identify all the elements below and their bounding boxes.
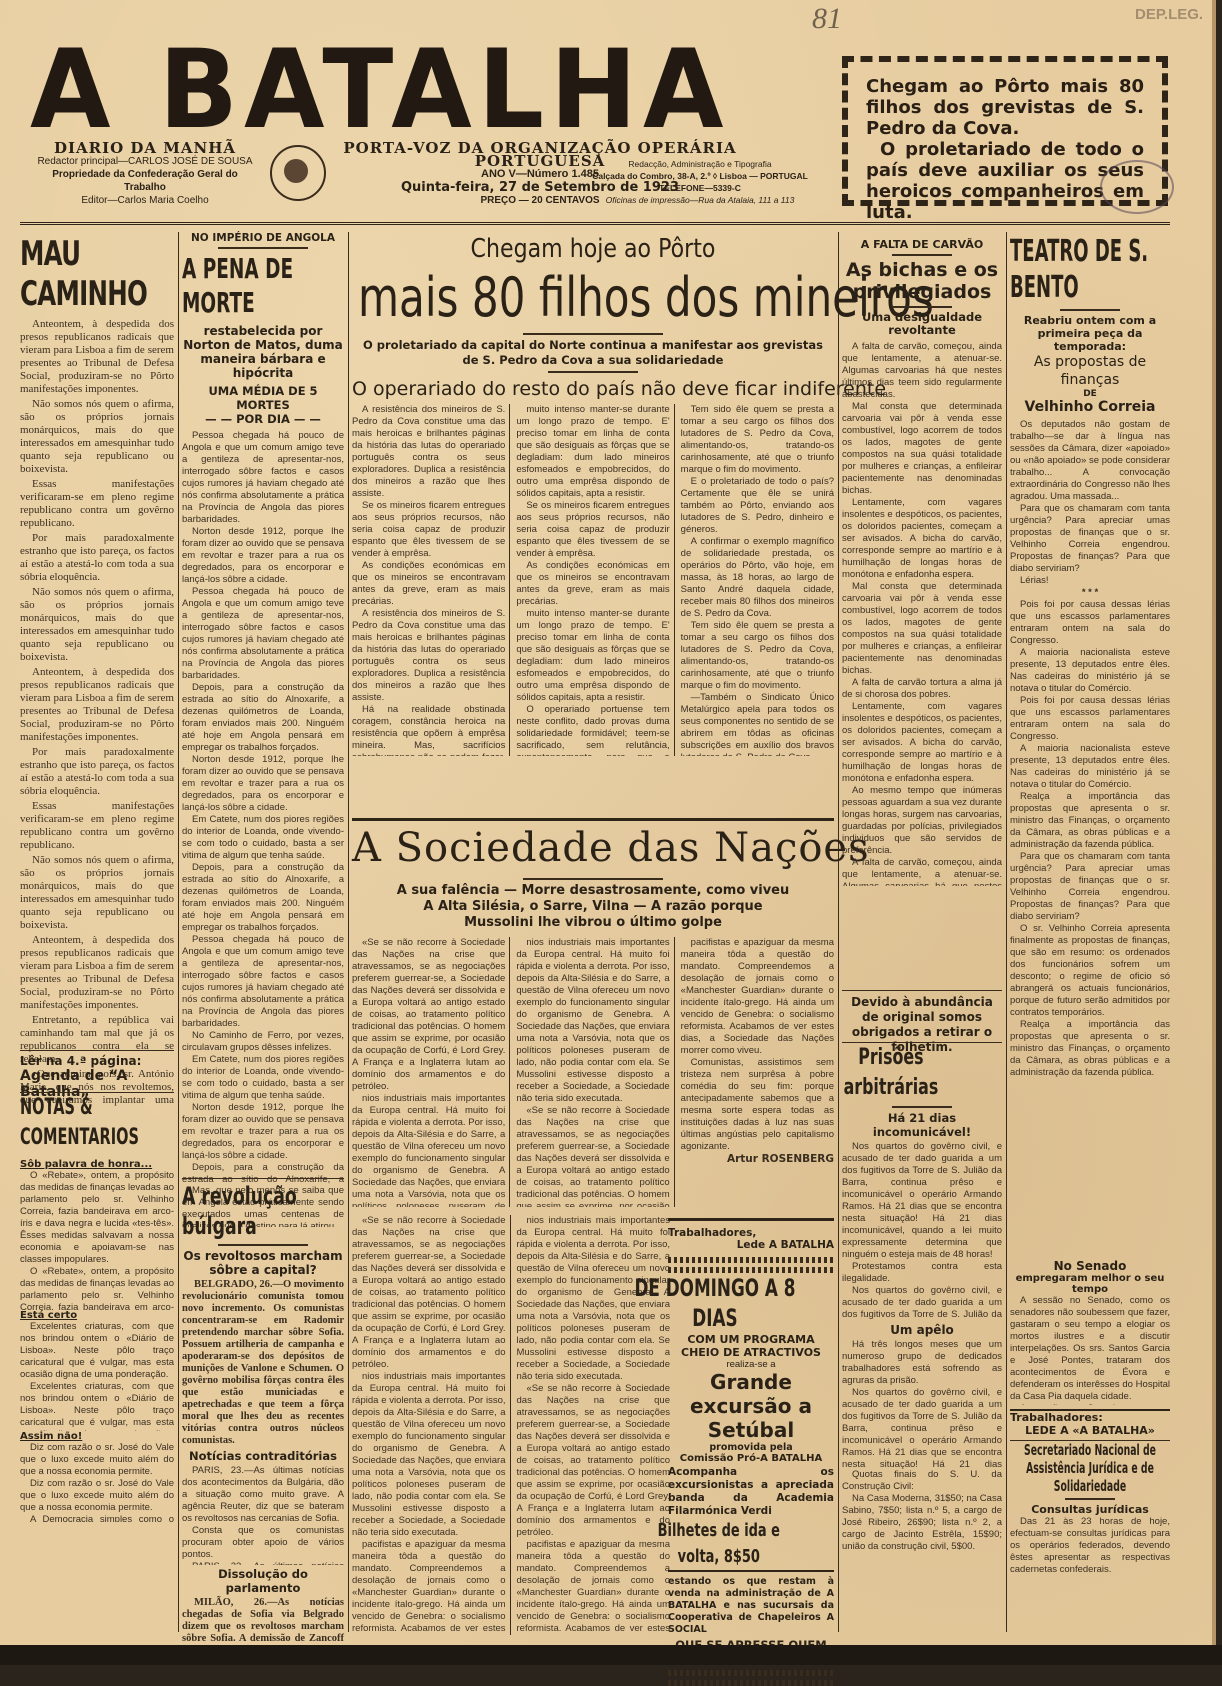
article-body: A falta de carvão, começou, ainda que le…: [842, 341, 1002, 886]
subhead: Um apêlo: [842, 1323, 1002, 1337]
article-title: NOTAS & COMENTARIOS: [20, 1093, 178, 1153]
editor-line: Editor—Carlos Maria Coelho: [30, 194, 260, 207]
ad-promoter: promovida pela: [668, 1442, 834, 1453]
paragraph: Lentamente, com vagares insolentes e des…: [842, 497, 1002, 581]
continued-columns: «Se se não recorre à Sociedade das Naçõe…: [352, 1215, 670, 1635]
column: «Se se não recorre à Sociedade das Naçõe…: [352, 937, 510, 1207]
office-line: Redacção, Administração e Tipografia: [580, 158, 820, 170]
masthead-rule: [20, 222, 1170, 225]
divider: [218, 247, 308, 249]
article-body: A sessão no Senado, como os senadores nã…: [1010, 1295, 1170, 1405]
paragraph: Nos quartos do govêrno civil, e acusado …: [842, 1387, 1002, 1469]
paragraph: Norton desde 1912, porque lhe foram dize…: [182, 526, 344, 586]
lead-column-3: Tem sido êle quem se presta a tomar a se…: [681, 404, 834, 756]
paragraph: Nos quartos do govêrno civil, e acusado …: [842, 1141, 1002, 1261]
paragraph: Pessoa chegada há pouco de Angola e que …: [182, 430, 344, 526]
article-body: BELGRADO, 26.—O movimento revolucionário…: [182, 1279, 344, 1447]
editor-in-chief: Redactor principal—CARLOS JOSÉ DE SOUSA: [30, 155, 260, 168]
paragraph: O «Rebate», ontem, a propósito das medid…: [20, 1266, 174, 1310]
paragraph: Por mais paradoxalmente estranho que ist…: [20, 746, 174, 798]
property-line: Propriedade da Confederação Geral do Tra…: [30, 168, 260, 194]
paragraph: Lérias!: [1010, 575, 1170, 587]
author: Artur ROSENBERG: [681, 1153, 834, 1165]
paragraph: Anteontem, à despedida dos presos republ…: [20, 318, 174, 396]
handwritten-number: 81: [812, 2, 842, 36]
paragraph: Tem sido êle quem se presta a tomar a se…: [681, 404, 834, 476]
paragraph: Mal consta que determinada carvoaria vai…: [842, 401, 1002, 497]
article-prisoes: Prisões arbitrárias Há 21 dias incomunic…: [842, 1042, 1002, 1579]
paragraph: E o proletariado de todo o país? Certame…: [681, 476, 834, 536]
article-body: Pessoa chegada há pouco de Angola e que …: [182, 430, 344, 1185]
paragraph: A falta de carvão, começou, ainda que le…: [842, 857, 1002, 886]
paragraph: —Também o Sindicato Único Metalúrgico ap…: [681, 692, 834, 756]
paragraph: Se os mineiros ficarem entregues aos seu…: [352, 500, 505, 560]
subtitle: As propostas de finanças: [1010, 353, 1170, 389]
article-notas: NOTAS & COMENTARIOS Sôb palavra de honra…: [20, 1092, 174, 1522]
paragraph: Depois, para a construção da estrada ao …: [182, 682, 344, 754]
subhead: Sôb palavra de honra...: [20, 1159, 174, 1170]
paragraph: Há três longos meses que um numeroso gru…: [842, 1339, 1002, 1387]
paragraph: Quotas finais do S. U. da Construção Civ…: [842, 1469, 1002, 1493]
paragraph: nios industriais mais importantes da Eur…: [516, 937, 669, 1105]
article-title: A PENA DE MORTE: [182, 252, 344, 320]
paragraph: A resistência dos mineiros de S. Pedro d…: [352, 404, 505, 500]
paragraph: Realça a importância das propostas que a…: [1010, 791, 1170, 851]
divider: [182, 1178, 344, 1179]
column: nios industriais mais importantes da Eur…: [516, 937, 674, 1207]
paragraph: muito intenso manter-se durante um longo…: [516, 608, 669, 704]
paragraph: A maioria nacionalista esteve presente, …: [1010, 647, 1170, 695]
paragraph: A sessão no Senado, como os senadores nã…: [1010, 1295, 1170, 1403]
paragraph: No Caminho de Ferro, por vezes, circulav…: [182, 1030, 344, 1054]
paragraph: PARIS, 23.—As últimas notícias dos acont…: [182, 1465, 344, 1525]
paragraph: Para que os chamaram com tanta urgência?…: [1010, 503, 1170, 575]
ad-line: realiza-se a: [668, 1359, 834, 1370]
subhead: empregaram melhor o seu tempo: [1010, 1273, 1170, 1295]
paragraph: A sessão no Senado, como os senadores nã…: [1010, 1403, 1170, 1405]
ad-headline: DE DOMINGO A 8 DIAS: [632, 1273, 798, 1333]
paragraph: A Democracia simples como o que ceu não …: [20, 1514, 174, 1522]
paragraph: O sr. Velhinho Correia apresenta finalme…: [1010, 923, 1170, 1019]
paragraph: «Se se não recorre à Sociedade das Naçõe…: [517, 1383, 671, 1539]
kicker: A FALTA DE CARVÃO: [842, 238, 1002, 251]
paragraph: Tem sido êle quem se presta a tomar a se…: [681, 620, 834, 692]
paragraph: O operariado portuense tem neste conflit…: [516, 704, 669, 756]
deck: A sua falência — Morre desastrosamente, …: [352, 883, 834, 899]
paragraph: A maioria nacionalista esteve presente, …: [1010, 743, 1170, 791]
paragraph: Em Catete, num dos piores regiões do int…: [182, 814, 344, 862]
paragraph: nios industriais mais importantes da Eur…: [352, 1371, 506, 1539]
deck: A Alta Silésia, o Sarre, Vilna — A razão…: [352, 899, 834, 931]
sociedade-columns: «Se se não recorre à Sociedade das Naçõe…: [352, 937, 834, 1207]
paragraph: Das 21 às 23 horas de hoje, efectuam-se …: [1010, 1516, 1170, 1576]
masthead-right: Redacção, Administração e Tipografia Cal…: [580, 158, 820, 206]
lead-deck: O proletariado da capital do Norte conti…: [352, 338, 834, 368]
subhead: Está certo: [20, 1310, 174, 1321]
lead-kicker: Chegam hoje ao Pôrto: [388, 232, 798, 266]
paragraph: Lentamente, com vagares insolentes e des…: [842, 701, 1002, 785]
paragraph: Há na realidade obstinada coragem, const…: [352, 704, 505, 756]
asterisks: * * *: [1010, 587, 1170, 599]
divider: [668, 1570, 834, 1572]
sociedade-continued: «Se se não recorre à Sociedade das Naçõe…: [352, 1215, 670, 1635]
article-body: Há três longos meses que um numeroso gru…: [842, 1339, 1002, 1469]
divider: [1065, 1498, 1115, 1500]
paragraph: Pois foi por causa dessas lérias que uns…: [1010, 599, 1170, 647]
article-title: TEATRO DE S. BENTO: [1010, 234, 1171, 306]
deck: — — POR DIA — —: [182, 412, 344, 426]
subtitle-de: DE: [1010, 389, 1170, 399]
notice-p1: Chegam ao Pôrto mais 80 filhos dos grevi…: [866, 76, 1144, 139]
column-divider: [838, 232, 839, 1632]
paragraph: A falta de carvão tortura a alma já de s…: [842, 677, 1002, 701]
paragraph: BELGRADO, 26.—O movimento revolucionário…: [182, 1279, 344, 1447]
column-divider: [178, 232, 179, 1632]
subhead: Notícias contraditórias: [182, 1449, 344, 1463]
paragraph: Ao mesmo tempo que inúmeras pessoas agua…: [842, 785, 1002, 857]
article-title: As bichas e os privilegiados: [842, 259, 1002, 303]
ad-promoter: Comissão Pró-A BATALHA: [668, 1453, 834, 1464]
subtitle: Os revoltosos marcham sôbre a capital?: [182, 1249, 344, 1277]
article-title: Prisões arbitrárias: [811, 1043, 971, 1103]
paragraph: PARIS, 23.—As últimas notícias dos acont…: [182, 1561, 344, 1565]
article-body: Nos quartos do govêrno civil, e acusado …: [842, 1141, 1002, 1321]
confederation-seal-icon: [270, 145, 326, 201]
paragraph: «Se se não recorre à Sociedade das Naçõe…: [352, 937, 505, 1093]
paragraph: Em Catete, num dos piores regiões do int…: [182, 1054, 344, 1102]
paragraph: Não somos nós quem o afirma, são os próp…: [20, 398, 174, 476]
paragraph: Depois, para a construção da estrada ao …: [182, 862, 344, 934]
column-divider: [348, 232, 349, 1632]
paragraph: Excelentes criaturas, com que nos brindo…: [20, 1321, 174, 1381]
divider: [668, 1218, 834, 1221]
newspaper-title: A BATALHA: [30, 46, 790, 132]
divider: [892, 306, 952, 308]
paragraph: Pois foi por causa dessas lérias que uns…: [1010, 695, 1170, 743]
article-body: Excelentes criaturas, com que nos brindo…: [20, 1321, 174, 1431]
article-body: PARIS, 23.—As últimas notícias dos acont…: [182, 1465, 344, 1565]
phone-line: TELEFONE—5339-C: [580, 182, 820, 194]
divider: [20, 1050, 174, 1051]
agenda-line-1: Lêr na 4.ª página:: [20, 1054, 174, 1068]
paragraph: Pessoa chegada há pouco de Angola e que …: [182, 934, 344, 1030]
subhead: No Senado: [1010, 1259, 1170, 1273]
lead-columns: A resistência dos mineiros de S. Pedro d…: [352, 404, 834, 756]
ad-kicker: Lede A BATALHA: [668, 1239, 834, 1251]
lead-column-1: A resistência dos mineiros de S. Pedro d…: [352, 404, 510, 756]
paragraph: Na Casa Moderna, 31$50; na Casa Sabino, …: [842, 1493, 1002, 1553]
paragraph: Mal consta que determinada carvoaria vai…: [842, 581, 1002, 677]
wavy-rule: [668, 1257, 834, 1263]
newspaper-page: 81 DEP.LEG. A BATALHA DIARIO DA MANHÃ Re…: [0, 0, 1216, 1645]
divider: [1060, 309, 1120, 311]
paragraph: A falta de carvão, começou, ainda que le…: [842, 341, 1002, 401]
article-revolucao-bulgara: A revolução búlgara Os revoltosos marcha…: [182, 1178, 344, 1665]
paragraph: A resistência dos mineiros de S. Pedro d…: [352, 608, 505, 704]
library-stamp-icon: [1100, 160, 1174, 214]
paragraph: Não somos nós quem o afirma, são os próp…: [20, 586, 174, 664]
paragraph: Os deputados não gostam de trabalho—se d…: [1010, 419, 1170, 503]
paragraph: O «Rebate», ontem, a propósito das medid…: [20, 1170, 174, 1266]
paragraph: Não somos nós quem o afirma, são os próp…: [20, 854, 174, 932]
paragraph: As condições económicas em que os mineir…: [352, 560, 505, 608]
kicker: NO IMPÉRIO DE ANGOLA: [182, 232, 344, 244]
printing-line: Oficinas de impressão—Rua da Atalaia, 11…: [580, 194, 820, 206]
article-body: Os deputados não gostam de trabalho—se d…: [1010, 419, 1170, 1259]
paragraph: Essas manifestações verificaram-se em pl…: [20, 478, 174, 530]
article-teatro: TEATRO DE S. BENTO Reabriu ontem com a p…: [1010, 234, 1170, 1576]
divider: [548, 371, 638, 373]
paragraph: Realça a importância das propostas que a…: [1010, 1019, 1170, 1079]
ad-event: Grande excursão a Setúbal: [668, 1370, 834, 1442]
address-line: Calçada do Combro, 38-A, 2.º ◊ Lisboa — …: [580, 170, 820, 182]
divider: [842, 990, 1002, 991]
ad-sales: estando os que restam à venda na adminis…: [668, 1576, 834, 1636]
article-lead: Chegam hoje ao Pôrto mais 80 filhos dos …: [352, 232, 834, 756]
divider: [892, 1106, 952, 1108]
ad-line: COM UM PROGRAMA: [668, 1333, 834, 1346]
divider: [523, 878, 663, 880]
paragraph: Consta que os comunistas procuram obter …: [182, 1525, 344, 1561]
paragraph: pacifistas e apaziguar da mesma maneira …: [352, 1539, 506, 1635]
paragraph: Norton desde 1912, porque lhe foram dize…: [182, 754, 344, 814]
article-title: A revolução búlgara: [182, 1181, 344, 1241]
divider: [218, 1244, 308, 1246]
article-sociedade: A Sociedade das Nações A sua falência — …: [352, 818, 834, 1207]
paragraph: Por mais paradoxalmente estranho que ist…: [20, 532, 174, 584]
article-body: Diz com razão o sr. José do Vale que o l…: [20, 1442, 174, 1522]
article-mau-caminho: MAU CAMINHO Anteontem, à despedida dos p…: [20, 234, 174, 1108]
article-body: Quotas finais do S. U. da Construção Civ…: [842, 1469, 1002, 1579]
subtitle: restabelecida por Norton de Matos, duma …: [182, 324, 344, 380]
paragraph: Nos quartos do govêrno civil, e acusado …: [842, 1285, 1002, 1321]
article-body: O «Rebate», ontem, a propósito das medid…: [20, 1170, 174, 1310]
tagline-left: DIARIO DA MANHÃ: [30, 142, 260, 155]
paragraph: Diz com razão o sr. José do Vale que o l…: [20, 1442, 174, 1478]
subhead: Assim não!: [20, 1431, 174, 1442]
lead-column-2: muito intenso manter-se durante um longo…: [516, 404, 674, 756]
paragraph: muito intenso manter-se durante um longo…: [516, 404, 669, 500]
subhead: Consultas jurídicas: [1010, 1503, 1170, 1516]
masthead-left: DIARIO DA MANHÃ Redactor principal—CARLO…: [30, 142, 260, 207]
column-divider: [1006, 232, 1007, 1632]
kicker: Trabalhadores:: [1010, 1411, 1170, 1424]
divider: [892, 254, 952, 256]
subtitle: Há 21 dias incomunicável!: [842, 1111, 1002, 1139]
article-title: MAU CAMINHO: [20, 234, 174, 314]
paragraph: Excelentes criaturas, com que nos brindo…: [20, 1381, 174, 1431]
ad-band: Acompanha os excursionistas a apreciada …: [668, 1466, 834, 1518]
subhead: Secretariado Nacional de Assistência Jur…: [1010, 1441, 1170, 1495]
paragraph: A confirmar o exemplo magnífico de solid…: [681, 536, 834, 620]
deck: Reabriu ontem com a primeira peça da tem…: [1010, 314, 1170, 353]
paragraph: nios industriais mais importantes da Eur…: [352, 1093, 505, 1207]
kicker: LEDE A «A BATALHA»: [1010, 1424, 1170, 1437]
article-body: Das 21 às 23 horas de hoje, efectuam-se …: [1010, 1516, 1170, 1576]
paragraph: Para que os chamaram com tanta urgência?…: [1010, 851, 1170, 923]
article-pena-de-morte: NO IMPÉRIO DE ANGOLA A PENA DE MORTE res…: [182, 232, 344, 1227]
lead-title: mais 80 filhos dos mineiros: [358, 266, 826, 330]
paragraph: Se os mineiros ficarem entregues aos seu…: [516, 500, 669, 560]
ad-tickets: Bilhetes de ida e volta, 8$50: [636, 1518, 802, 1570]
paragraph: «Se se não recorre à Sociedade das Naçõe…: [352, 1215, 506, 1371]
paragraph: Diz com razão o sr. José do Vale que o l…: [20, 1478, 174, 1514]
article-body: Anteontem, à despedida dos presos republ…: [20, 318, 174, 1108]
deck: UMA MÉDIA DE 5 MORTES: [182, 384, 344, 412]
column: «Se se não recorre à Sociedade das Naçõe…: [352, 1215, 511, 1635]
paragraph: «Se se não recorre à Sociedade das Naçõe…: [516, 1105, 669, 1207]
scan-border: [0, 1645, 1222, 1665]
divider: [523, 333, 663, 335]
subhead: Dissolução do parlamento: [182, 1567, 344, 1595]
subtitle: Uma desigualdade revoltante: [842, 311, 1002, 337]
article-title: A Sociedade das Nações: [352, 821, 834, 875]
paragraph: Pessoa chegada há pouco de Angola e que …: [182, 586, 344, 682]
paragraph: Protestamos contra esta ilegalidade.: [842, 1261, 1002, 1285]
paragraph: As condições económicas em que os mineir…: [516, 560, 669, 608]
paragraph: Essas manifestações verificaram-se em pl…: [20, 800, 174, 852]
ad-kicker: Trabalhadores,: [668, 1227, 834, 1239]
ad-line: CHEIO DE ATRACTIVOS: [668, 1346, 834, 1359]
subtitle-name: Velhinho Correia: [1010, 399, 1170, 415]
paragraph: Anteontem, à despedida dos presos republ…: [20, 934, 174, 1012]
lead-subhead: O operariado do resto do país não deve f…: [352, 376, 834, 402]
paragraph: Norton desde 1912, porque lhe foram dize…: [182, 1102, 344, 1162]
paragraph: pacifistas e apaziguar da mesma maneira …: [681, 937, 834, 1057]
paragraph: Anteontem, à despedida dos presos republ…: [20, 666, 174, 744]
deposit-stamp: DEP.LEG.: [1135, 6, 1203, 23]
excursion-ad: Trabalhadores, Lede A BATALHA DE DOMINGO…: [668, 1218, 834, 1665]
article-bichas: A FALTA DE CARVÃO As bichas e os privile…: [842, 238, 1002, 886]
